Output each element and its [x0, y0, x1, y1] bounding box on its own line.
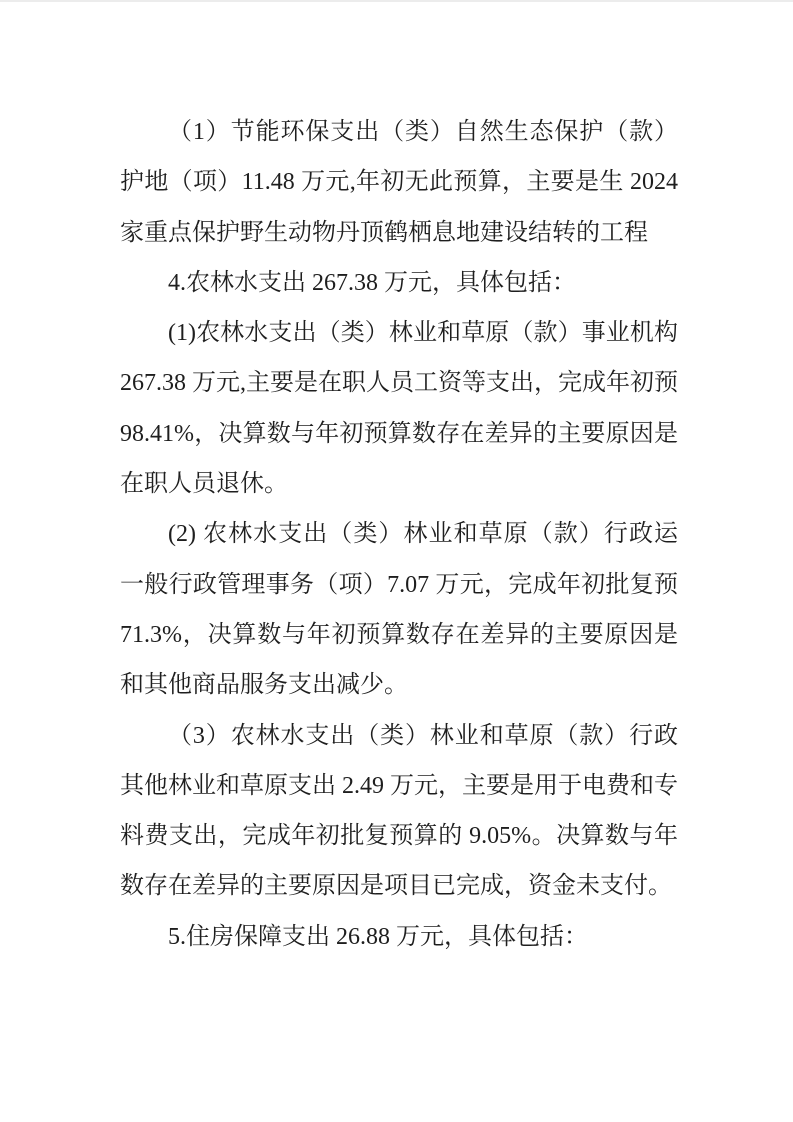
document-line: 一般行政管理事务（项）7.07 万元，完成年初批复预算的 [120, 560, 678, 610]
document-line: （3）农林水支出（类）林业和草原（款）行政运行（项） [120, 711, 678, 761]
document-body: （1）节能环保支出（类）自然生态保护（款）自然保护地（项）11.48 万元,年初… [120, 107, 678, 962]
paragraph: 4.农林水支出 267.38 万元，具体包括： [120, 258, 678, 308]
document-line: 和其他商品服务支出减少。 [120, 660, 678, 710]
paragraph: 5.住房保障支出 26.88 万元，具体包括： [120, 912, 678, 962]
paragraph: （1）节能环保支出（类）自然生态保护（款）自然保护地（项）11.48 万元,年初… [120, 107, 678, 258]
document-page: （1）节能环保支出（类）自然生态保护（款）自然保护地（项）11.48 万元,年初… [0, 0, 793, 1122]
document-line: 98.41%，决算数与年初预算数存在差异的主要原因是年内有 [120, 409, 678, 459]
document-line: 4.农林水支出 267.38 万元，具体包括： [120, 258, 678, 308]
document-line: 数存在差异的主要原因是项目已完成，资金未支付。 [120, 861, 678, 911]
document-line: 在职人员退休。 [120, 459, 678, 509]
document-line: 其他林业和草原支出 2.49 万元，主要是用于电费和专用材 [120, 761, 678, 811]
paragraph: (2) 农林水支出（类）林业和草原（款）行政运行（项）一般行政管理事务（项）7.… [120, 509, 678, 710]
document-line: 料费支出，完成年初批复预算的 9.05%。决算数与年初预算 [120, 811, 678, 861]
document-line: (1)农林水支出（类）林业和草原（款）事业机构（项） [120, 308, 678, 358]
document-line: 71.3%，决算数与年初预算数存在差异的主要原因是办公费 [120, 610, 678, 660]
document-line: 家重点保护野生动物丹顶鹤栖息地建设结转的工程款。 [120, 208, 678, 258]
document-line: 护地（项）11.48 万元,年初无此预算，主要是生 2024 年国 [120, 157, 678, 207]
scan-edge-line [0, 0, 793, 2]
document-line: (2) 农林水支出（类）林业和草原（款）行政运行（项） [120, 509, 678, 559]
paragraph: （3）农林水支出（类）林业和草原（款）行政运行（项）其他林业和草原支出 2.49… [120, 711, 678, 912]
document-line: （1）节能环保支出（类）自然生态保护（款）自然保 [120, 107, 678, 157]
document-line: 267.38 万元,主要是在职人员工资等支出，完成年初预算的 [120, 358, 678, 408]
paragraph: (1)农林水支出（类）林业和草原（款）事业机构（项）267.38 万元,主要是在… [120, 308, 678, 509]
document-line: 5.住房保障支出 26.88 万元，具体包括： [120, 912, 678, 962]
